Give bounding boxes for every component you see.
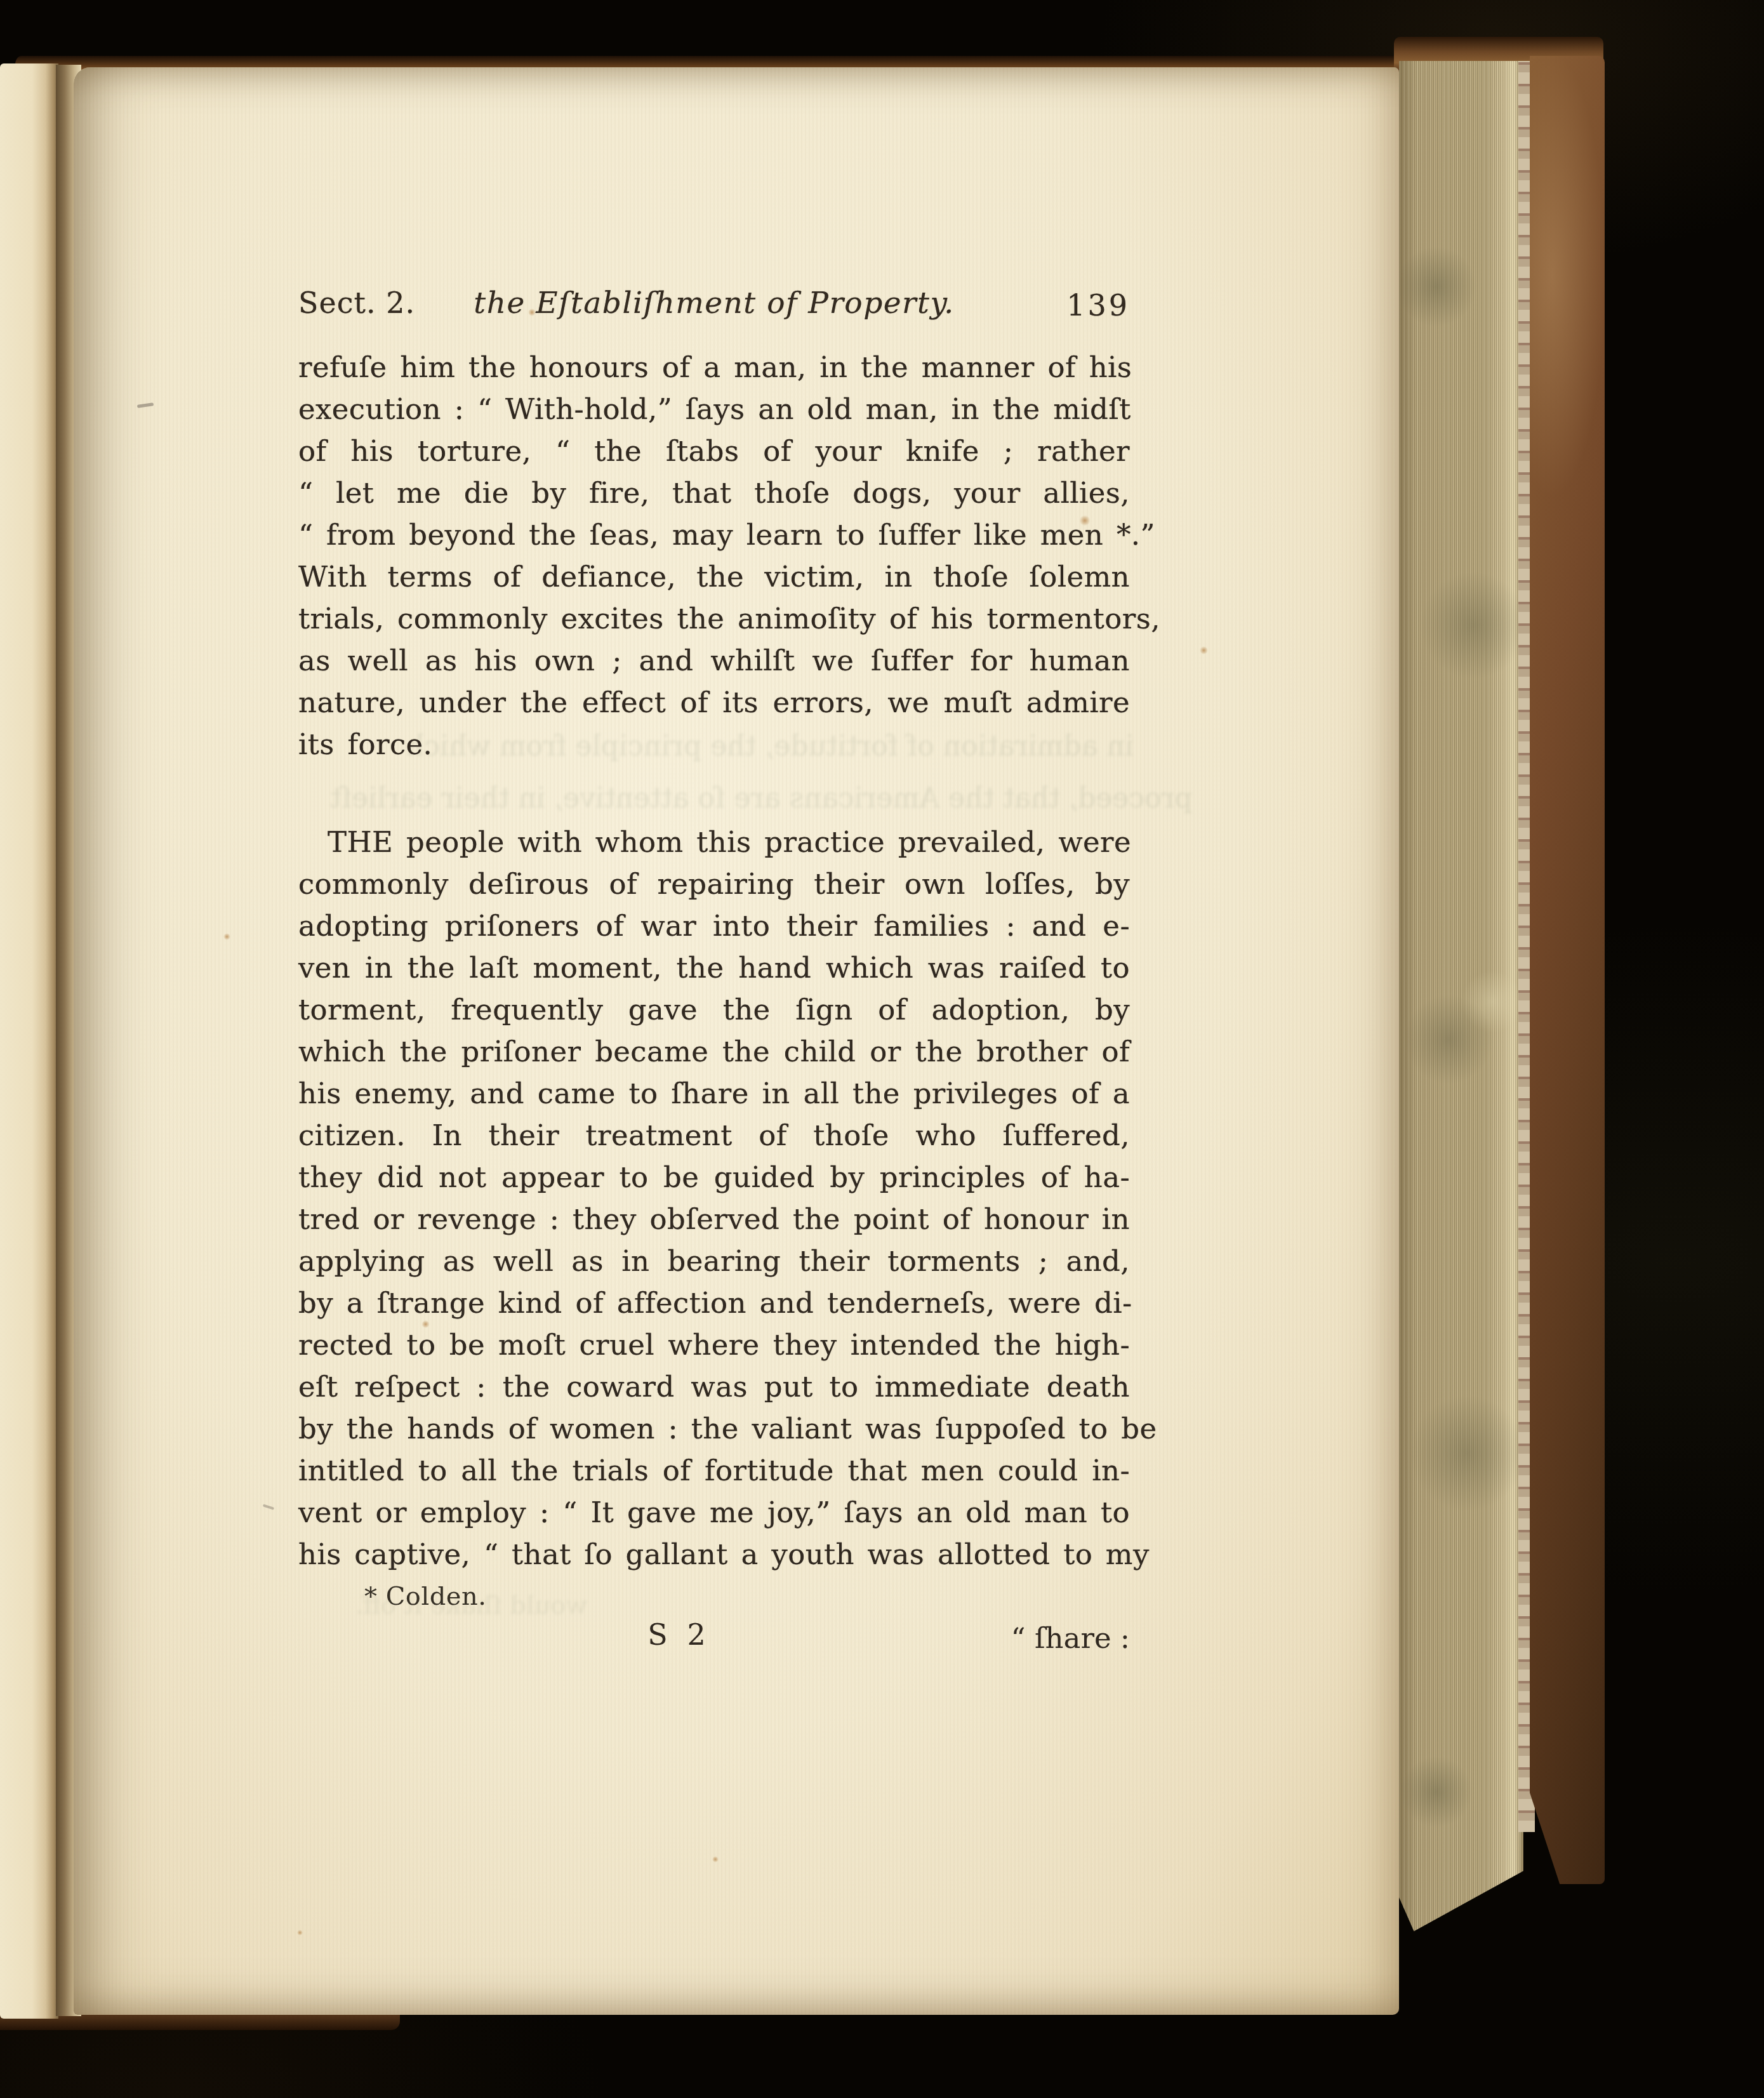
text-line: by the hands of women : the valiant was … bbox=[298, 1408, 1130, 1450]
text-line: refuſe him the honours of a man, in the … bbox=[298, 347, 1130, 388]
book-fore-edge bbox=[1399, 61, 1523, 1942]
text-line: rected to be moſt cruel where they inten… bbox=[298, 1324, 1130, 1366]
text-line: citizen. In their treatment of thoſe who… bbox=[298, 1115, 1130, 1157]
text-line: his enemy, and came to ſhare in all the … bbox=[298, 1073, 1130, 1115]
text-line: commonly deſirous of repairing their own… bbox=[298, 863, 1130, 905]
facing-page-sliver bbox=[0, 63, 58, 2019]
text-line: of his torture, “ the ſtabs of your knif… bbox=[298, 430, 1130, 472]
catchword: “ ſhare : bbox=[908, 1621, 1130, 1655]
text-line: which the priſoner became the child or t… bbox=[298, 1031, 1130, 1073]
foxing-spot bbox=[223, 933, 230, 940]
text-line: “ let me die by fire, that thoſe dogs, y… bbox=[298, 472, 1130, 514]
foxing-spot bbox=[712, 1856, 719, 1862]
text-line: eſt reſpect : the coward was put to imme… bbox=[298, 1366, 1130, 1408]
running-title: the Eſtabliſhment of Property. bbox=[298, 286, 1130, 321]
page-number: 139 bbox=[1066, 288, 1130, 322]
text-line: its force. bbox=[298, 724, 1130, 766]
text-line: torment, frequently gave the ſign of ado… bbox=[298, 989, 1130, 1031]
text-line: tred or revenge : they obſerved the poin… bbox=[298, 1198, 1130, 1240]
signature-mark: S 2 bbox=[609, 1617, 749, 1652]
text-line: trials, commonly excites the animoſity o… bbox=[298, 598, 1130, 640]
show-through-text: proceed, that the Americans are ſo atten… bbox=[330, 782, 1193, 814]
text-line: as well as his own ; and whilſt we ſuffe… bbox=[298, 640, 1130, 682]
paragraph-2: THE people with whom this practice preva… bbox=[298, 821, 1130, 1576]
text-line: With terms of defiance, the victim, in t… bbox=[298, 556, 1130, 598]
text-line: adopting priſoners of war into their fam… bbox=[298, 905, 1130, 947]
text-line: by a ſtrange kind of affection and tende… bbox=[298, 1282, 1130, 1324]
paragraph-1: refuſe him the honours of a man, in the … bbox=[298, 347, 1130, 766]
page-header: Sect. 2. the Eſtabliſhment of Property. … bbox=[298, 286, 1130, 331]
footnote: * Colden. bbox=[364, 1582, 486, 1611]
leather-cover-edge bbox=[1530, 56, 1605, 1884]
foxing-spot bbox=[1200, 646, 1208, 654]
text-line: they did not appear to be guided by prin… bbox=[298, 1157, 1130, 1198]
text-line: his captive, “ that ſo gallant a youth w… bbox=[298, 1534, 1130, 1576]
text-line: ven in the laſt moment, the hand which w… bbox=[298, 947, 1130, 989]
text-line: applying as well as in bearing their tor… bbox=[298, 1240, 1130, 1282]
text-line: vent or employ : “ It gave me joy,” ſays… bbox=[298, 1492, 1130, 1534]
text-line: nature, under the effect of its errors, … bbox=[298, 682, 1130, 724]
foxing-spot bbox=[297, 1930, 303, 1935]
text-line: intitled to all the trials of fortitude … bbox=[298, 1450, 1130, 1492]
text-line: execution : “ With-hold,” ſays an old ma… bbox=[298, 388, 1130, 430]
text-line: “ from beyond the ſeas, may learn to ſuf… bbox=[298, 514, 1130, 556]
text-line: THE people with whom this practice preva… bbox=[298, 821, 1130, 863]
